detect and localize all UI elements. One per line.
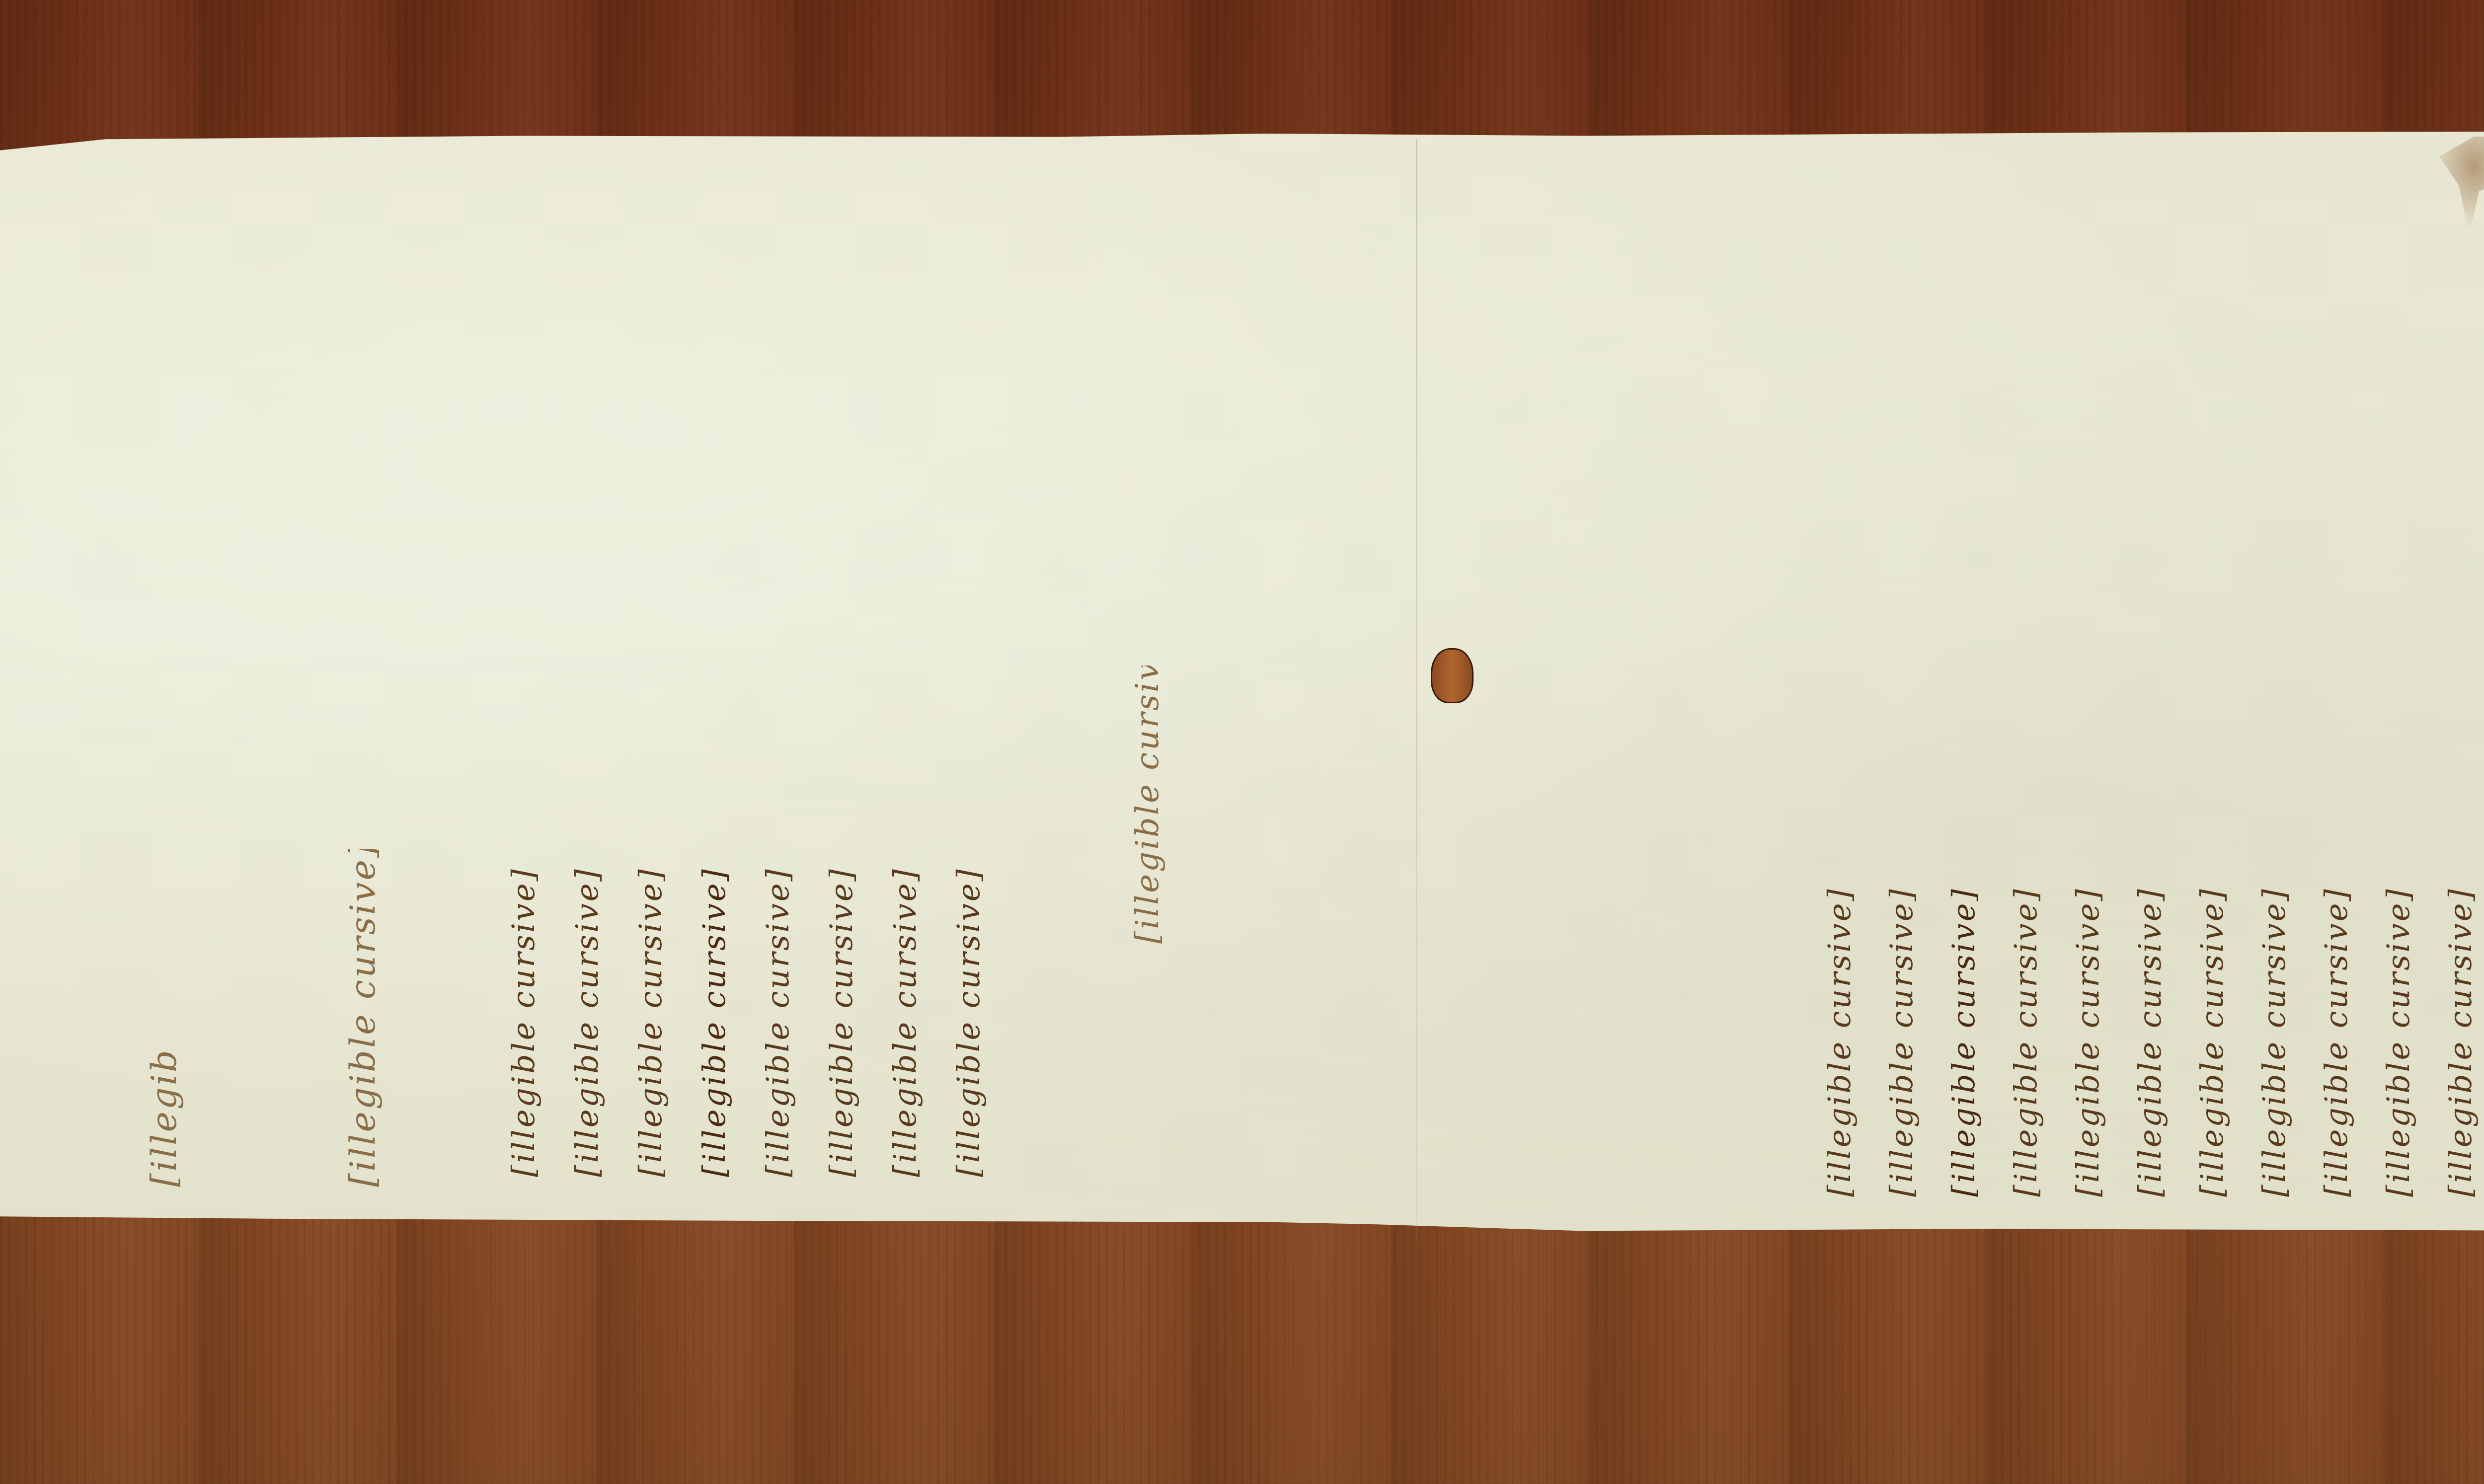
body-line: [illegible cursive] xyxy=(1808,179,1870,1197)
signature-line: [illegible cursive] xyxy=(1113,666,1182,944)
body-line: [illegible cursive] xyxy=(2057,179,2119,1197)
body-line: [illegible cursive] xyxy=(2119,179,2181,1197)
body-line: [illegible cursive] xyxy=(2305,179,2367,1197)
margin-note-line: [illegible cursive] xyxy=(65,1048,263,1187)
left-margin-notes: [illegible cursive] [illegible cursive] xyxy=(65,869,462,1187)
right-body-text: [illegible cursive] [illegible cursive] … xyxy=(1808,179,2484,1197)
body-line: [illegible cursive] xyxy=(555,209,619,1177)
body-line: [illegible cursive] xyxy=(2243,179,2305,1197)
body-line: [illegible cursive] xyxy=(1933,179,1995,1197)
fold-crease xyxy=(1416,139,1417,1242)
body-line: [illegible cursive] xyxy=(1995,179,2057,1197)
body-line: [illegible cursive] xyxy=(873,209,937,1177)
body-line: [illegible cursive] xyxy=(619,209,683,1177)
body-line: [illegible cursive] xyxy=(492,209,555,1177)
body-line: [illegible cursive] xyxy=(683,209,746,1177)
body-line: [illegible cursive] xyxy=(937,209,1001,1177)
body-line: [illegible cursive] xyxy=(2181,179,2243,1197)
margin-note-line: [illegible cursive] xyxy=(263,849,462,1187)
body-line: [illegible cursive] xyxy=(1870,179,1933,1197)
body-line: [illegible cursive] xyxy=(810,209,873,1177)
body-line: [illegible cursive] xyxy=(746,209,810,1177)
main-body-text: [illegible cursive] [illegible cursive] … xyxy=(492,209,1001,1177)
paper-hole xyxy=(1431,648,1474,703)
signature-block: [illegible cursive] xyxy=(1113,666,1182,944)
body-line: [illegible cursive] xyxy=(2367,179,2429,1197)
body-line: [illegible cursive] xyxy=(2429,179,2484,1197)
